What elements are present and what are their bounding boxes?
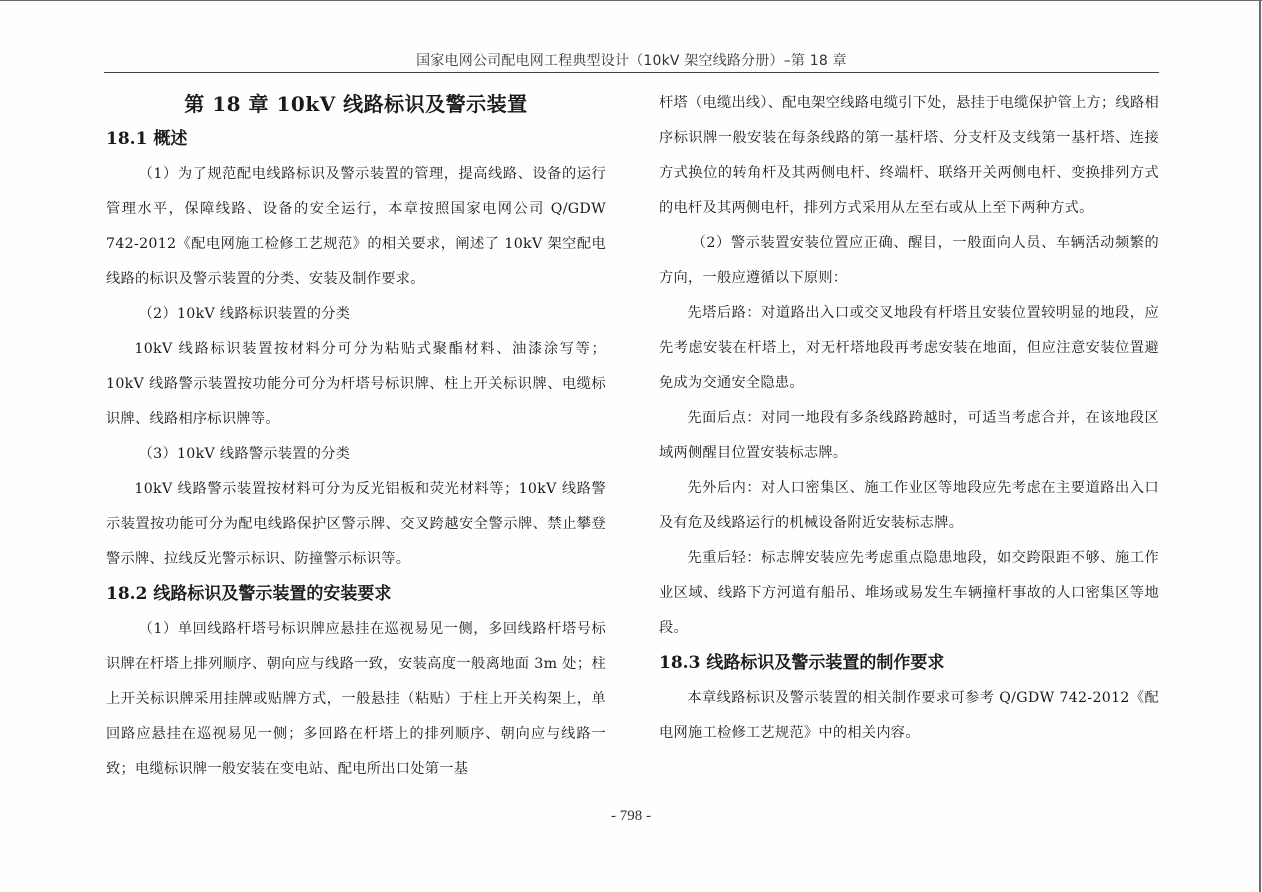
paragraph: 先面后点：对同一地段有多条线路跨越时，可适当考虑合并，在该地段区域两侧醒目位置安… [659,401,1159,471]
page-right-border [1259,0,1261,892]
paragraph: 先重后轻：标志牌安装应先考虑重点隐患地段，如交跨限距不够、施工作业区域、线路下方… [659,541,1159,646]
left-column: 第 18 章 10kV 线路标识及警示装置 18.1 概述 （1）为了规范配电线… [106,86,606,787]
page-number: - 798 - [0,808,1262,825]
paragraph: 本章线路标识及警示装置的相关制作要求可参考 Q/GDW 742-2012《配电网… [659,681,1159,751]
section-heading-18-3: 18.3 线路标识及警示装置的制作要求 [659,646,1159,681]
paragraph: 先外后内：对人口密集区、施工作业区等地段应先考虑在主要道路出入口及有危及线路运行… [659,471,1159,541]
paragraph: （2）10kV 线路标识装置的分类 [106,297,606,332]
paragraph: （2）警示装置安装位置应正确、醒目，一般面向人员、车辆活动频繁的方向，一般应遵循… [659,226,1159,296]
paragraph-continued: 杆塔（电缆出线）、配电架空线路电缆引下处，悬挂于电缆保护管上方；线路相序标识牌一… [659,86,1159,226]
section-heading-18-2: 18.2 线路标识及警示装置的安装要求 [106,577,606,612]
paragraph: 10kV 线路标识装置按材料分可分为粘贴式聚酯材料、油漆涂写等；10kV 线路警… [106,332,606,437]
right-column: 杆塔（电缆出线）、配电架空线路电缆引下处，悬挂于电缆保护管上方；线路相序标识牌一… [659,86,1159,751]
section-heading-18-1: 18.1 概述 [106,122,606,157]
chapter-title: 第 18 章 10kV 线路标识及警示装置 [106,86,606,122]
page-top-border [0,0,1262,1]
paragraph: 先塔后路：对道路出入口或交叉地段有杆塔且安装位置较明显的地段，应先考虑安装在杆塔… [659,296,1159,401]
paragraph: （1）单回线路杆塔号标识牌应悬挂在巡视易见一侧，多回线路杆塔号标识牌在杆塔上排列… [106,612,606,787]
paragraph: 10kV 线路警示装置按材料可分为反光铝板和荧光材料等；10kV 线路警示装置按… [106,472,606,577]
running-header: 国家电网公司配电网工程典型设计（10kV 架空线路分册）–第 18 章 [104,50,1159,70]
paragraph: （3）10kV 线路警示装置的分类 [106,437,606,472]
paragraph: （1）为了规范配电线路标识及警示装置的管理，提高线路、设备的运行管理水平，保障线… [106,157,606,297]
header-rule [104,72,1159,73]
